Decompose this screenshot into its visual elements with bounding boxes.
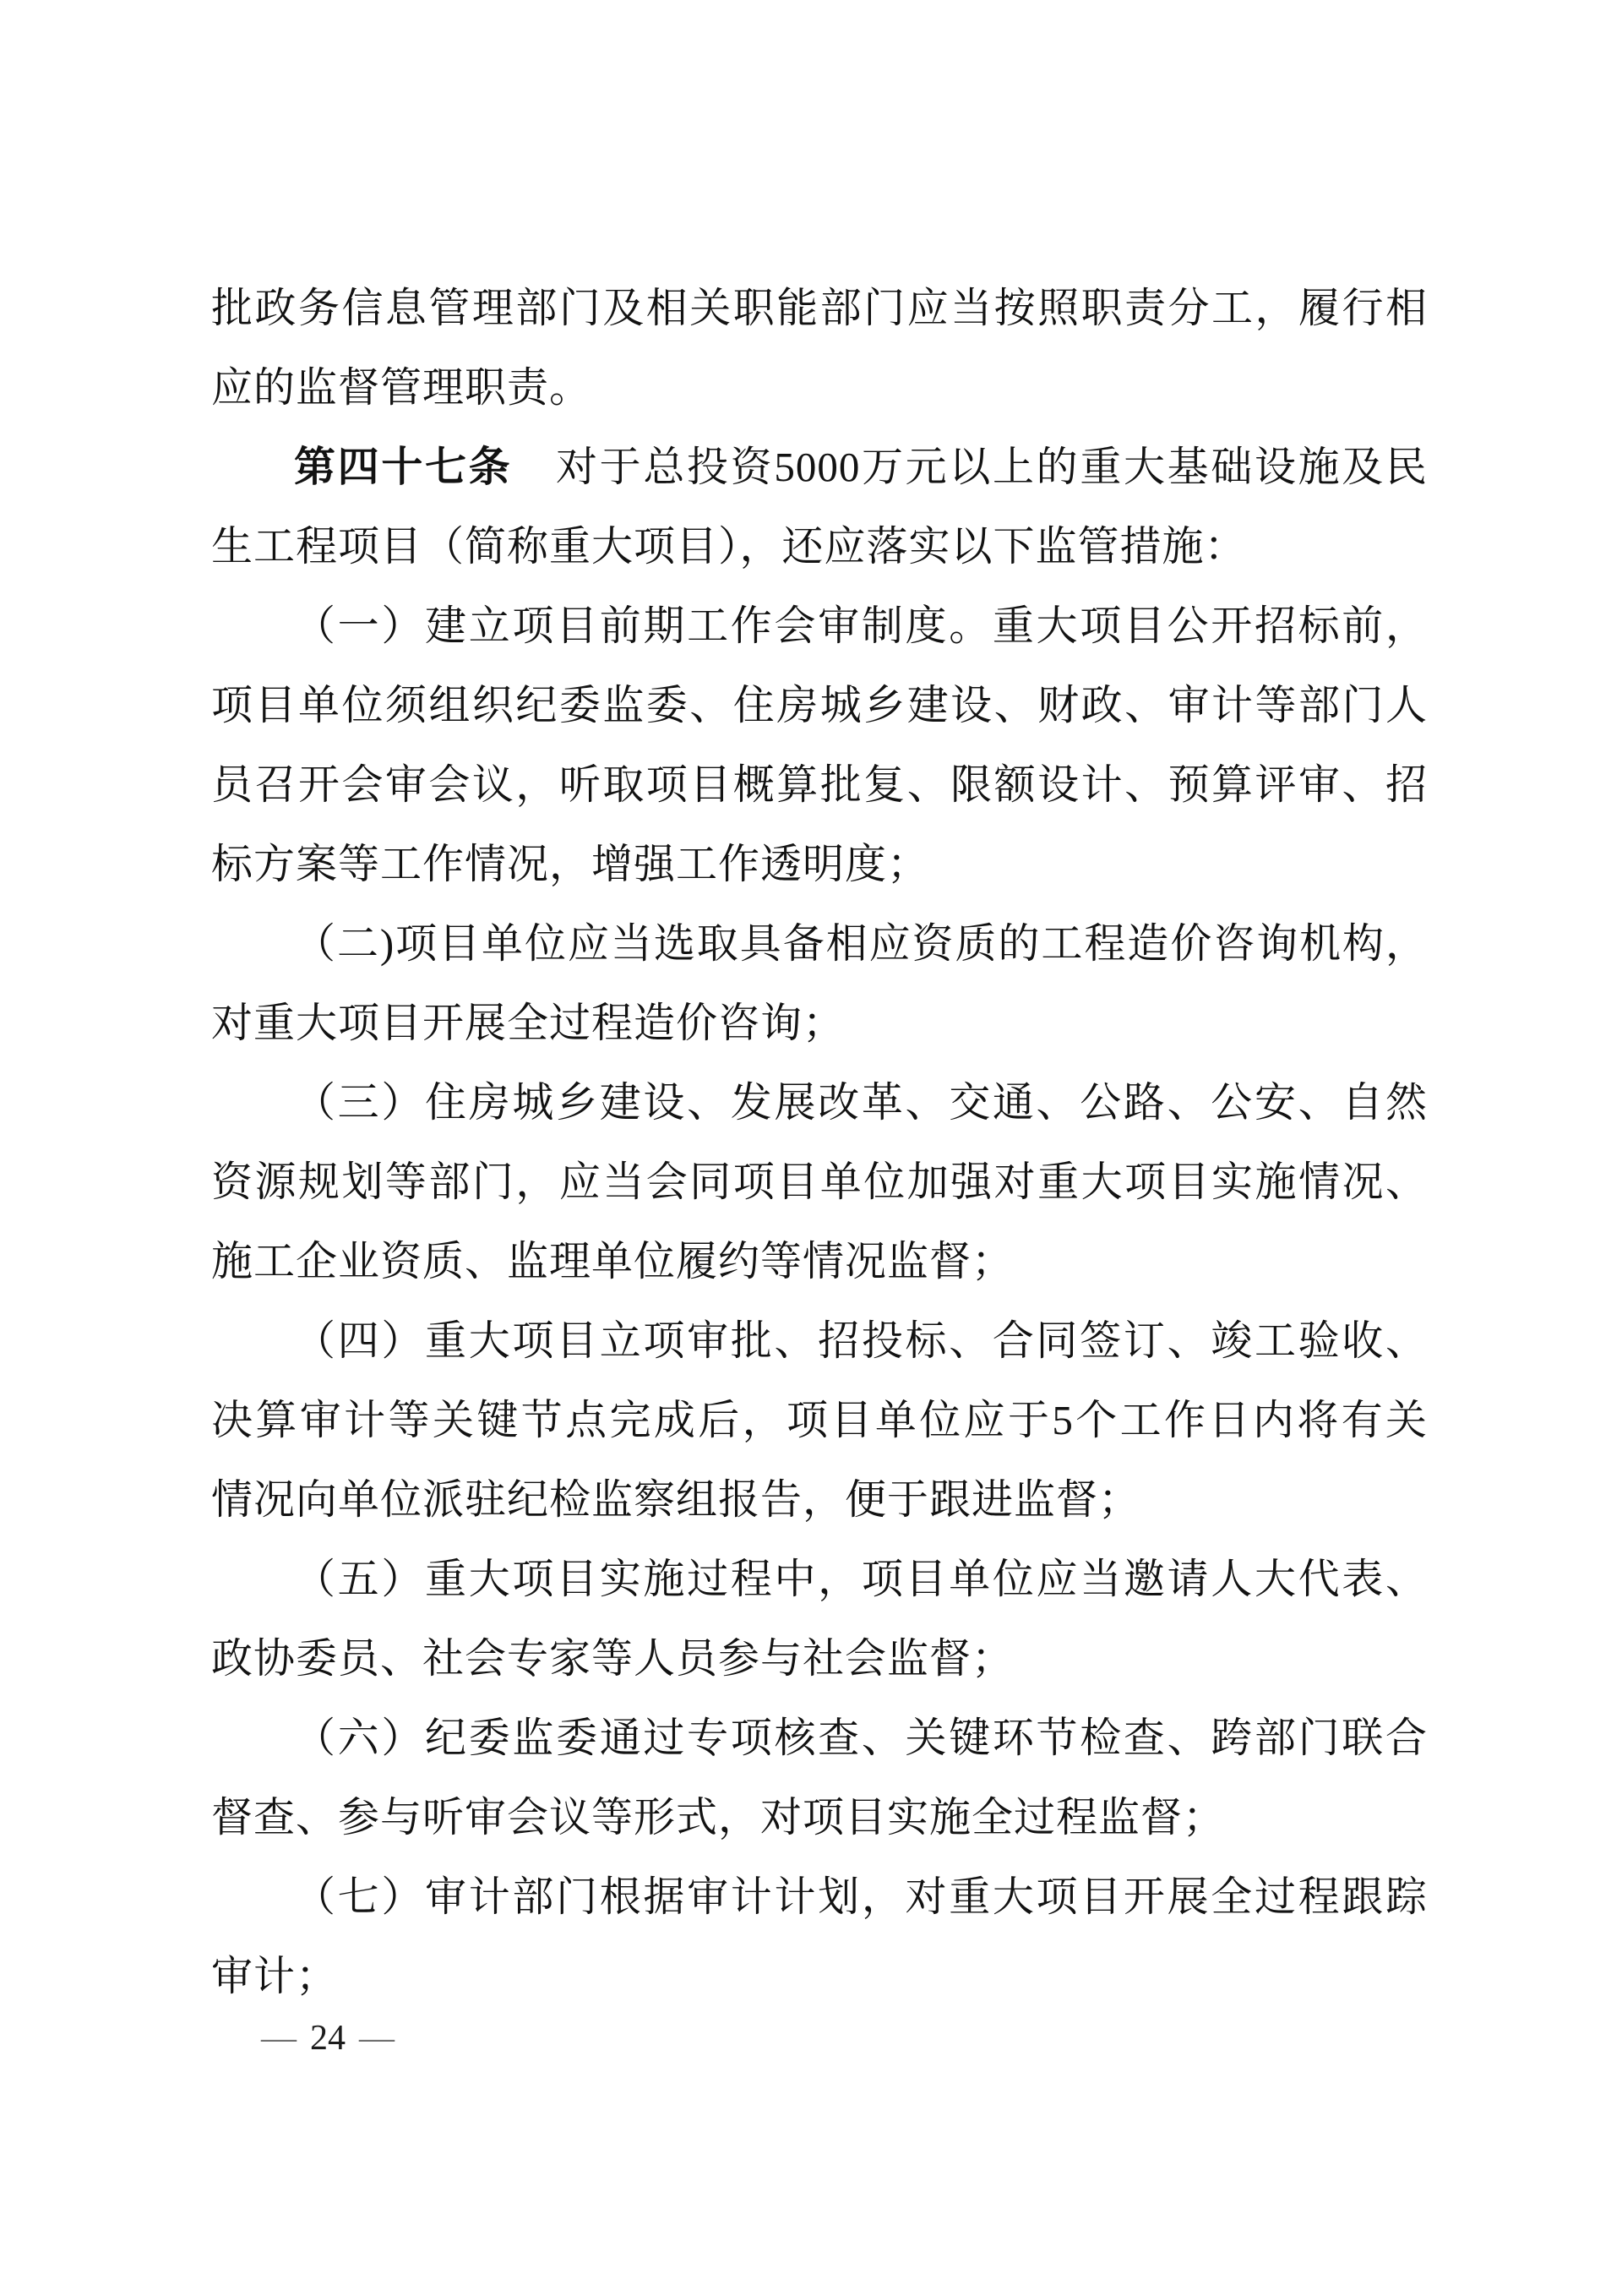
text-line: 应的监督管理职责。: [211, 348, 1428, 428]
text-line: 决算审计等关键节点完成后，项目单位应于5个工作日内将有关: [211, 1381, 1428, 1460]
text-line: 项目单位须组织纪委监委、住房城乡建设、财政、审计等部门人: [211, 666, 1428, 745]
text-line: 员召开会审会议，听取项目概算批复、限额设计、预算评审、招: [211, 745, 1428, 825]
page-number-right-dash: —: [359, 2019, 395, 2058]
text-line: 督查、参与听审会议等形式，对项目实施全过程监督；: [211, 1778, 1428, 1857]
text-line: 批政务信息管理部门及相关职能部门应当按照职责分工，履行相: [211, 269, 1428, 348]
text-line: 生工程项目（简称重大项目），还应落实以下监管措施：: [211, 507, 1428, 586]
text-line: 政协委员、社会专家等人员参与社会监督；: [211, 1619, 1428, 1699]
page-number-value: 24: [310, 2019, 346, 2058]
page-number-left-dash: —: [261, 2019, 297, 2058]
text-line: （二)项目单位应当选取具备相应资质的工程造价咨询机构，: [211, 904, 1428, 984]
document-body: 批政务信息管理部门及相关职能部门应当按照职责分工，履行相应的监督管理职责。第四十…: [211, 269, 1428, 2016]
document-page: 批政务信息管理部门及相关职能部门应当按照职责分工，履行相应的监督管理职责。第四十…: [0, 0, 1622, 2296]
text-line: 对重大项目开展全过程造价咨询；: [211, 984, 1428, 1063]
text-line: 审计；: [211, 1937, 1428, 2016]
text-line: （四）重大项目立项审批、招投标、合同签订、竣工验收、: [211, 1301, 1428, 1381]
text-line: 施工企业资质、监理单位履约等情况监督；: [211, 1222, 1428, 1301]
text-line: （六）纪委监委通过专项核查、关键环节检查、跨部门联合: [211, 1699, 1428, 1778]
text-line: （三）住房城乡建设、发展改革、交通、公路、公安、自然: [211, 1063, 1428, 1143]
text-line: （五）重大项目实施过程中，项目单位应当邀请人大代表、: [211, 1540, 1428, 1619]
page-number: —24—: [226, 2015, 429, 2062]
text-line: 资源规划等部门，应当会同项目单位加强对重大项目实施情况、: [211, 1143, 1428, 1222]
article-number: 第四十七条: [294, 444, 512, 490]
text-line: 标方案等工作情况，增强工作透明度；: [211, 825, 1428, 904]
text-line: （一）建立项目前期工作会审制度。重大项目公开招标前，: [211, 586, 1428, 666]
text-line: 第四十七条 对于总投资5000万元以上的重大基础设施及民: [211, 428, 1428, 507]
text-line: （七）审计部门根据审计计划，对重大项目开展全过程跟踪: [211, 1857, 1428, 1937]
text-line: 情况向单位派驻纪检监察组报告，便于跟进监督；: [211, 1460, 1428, 1540]
